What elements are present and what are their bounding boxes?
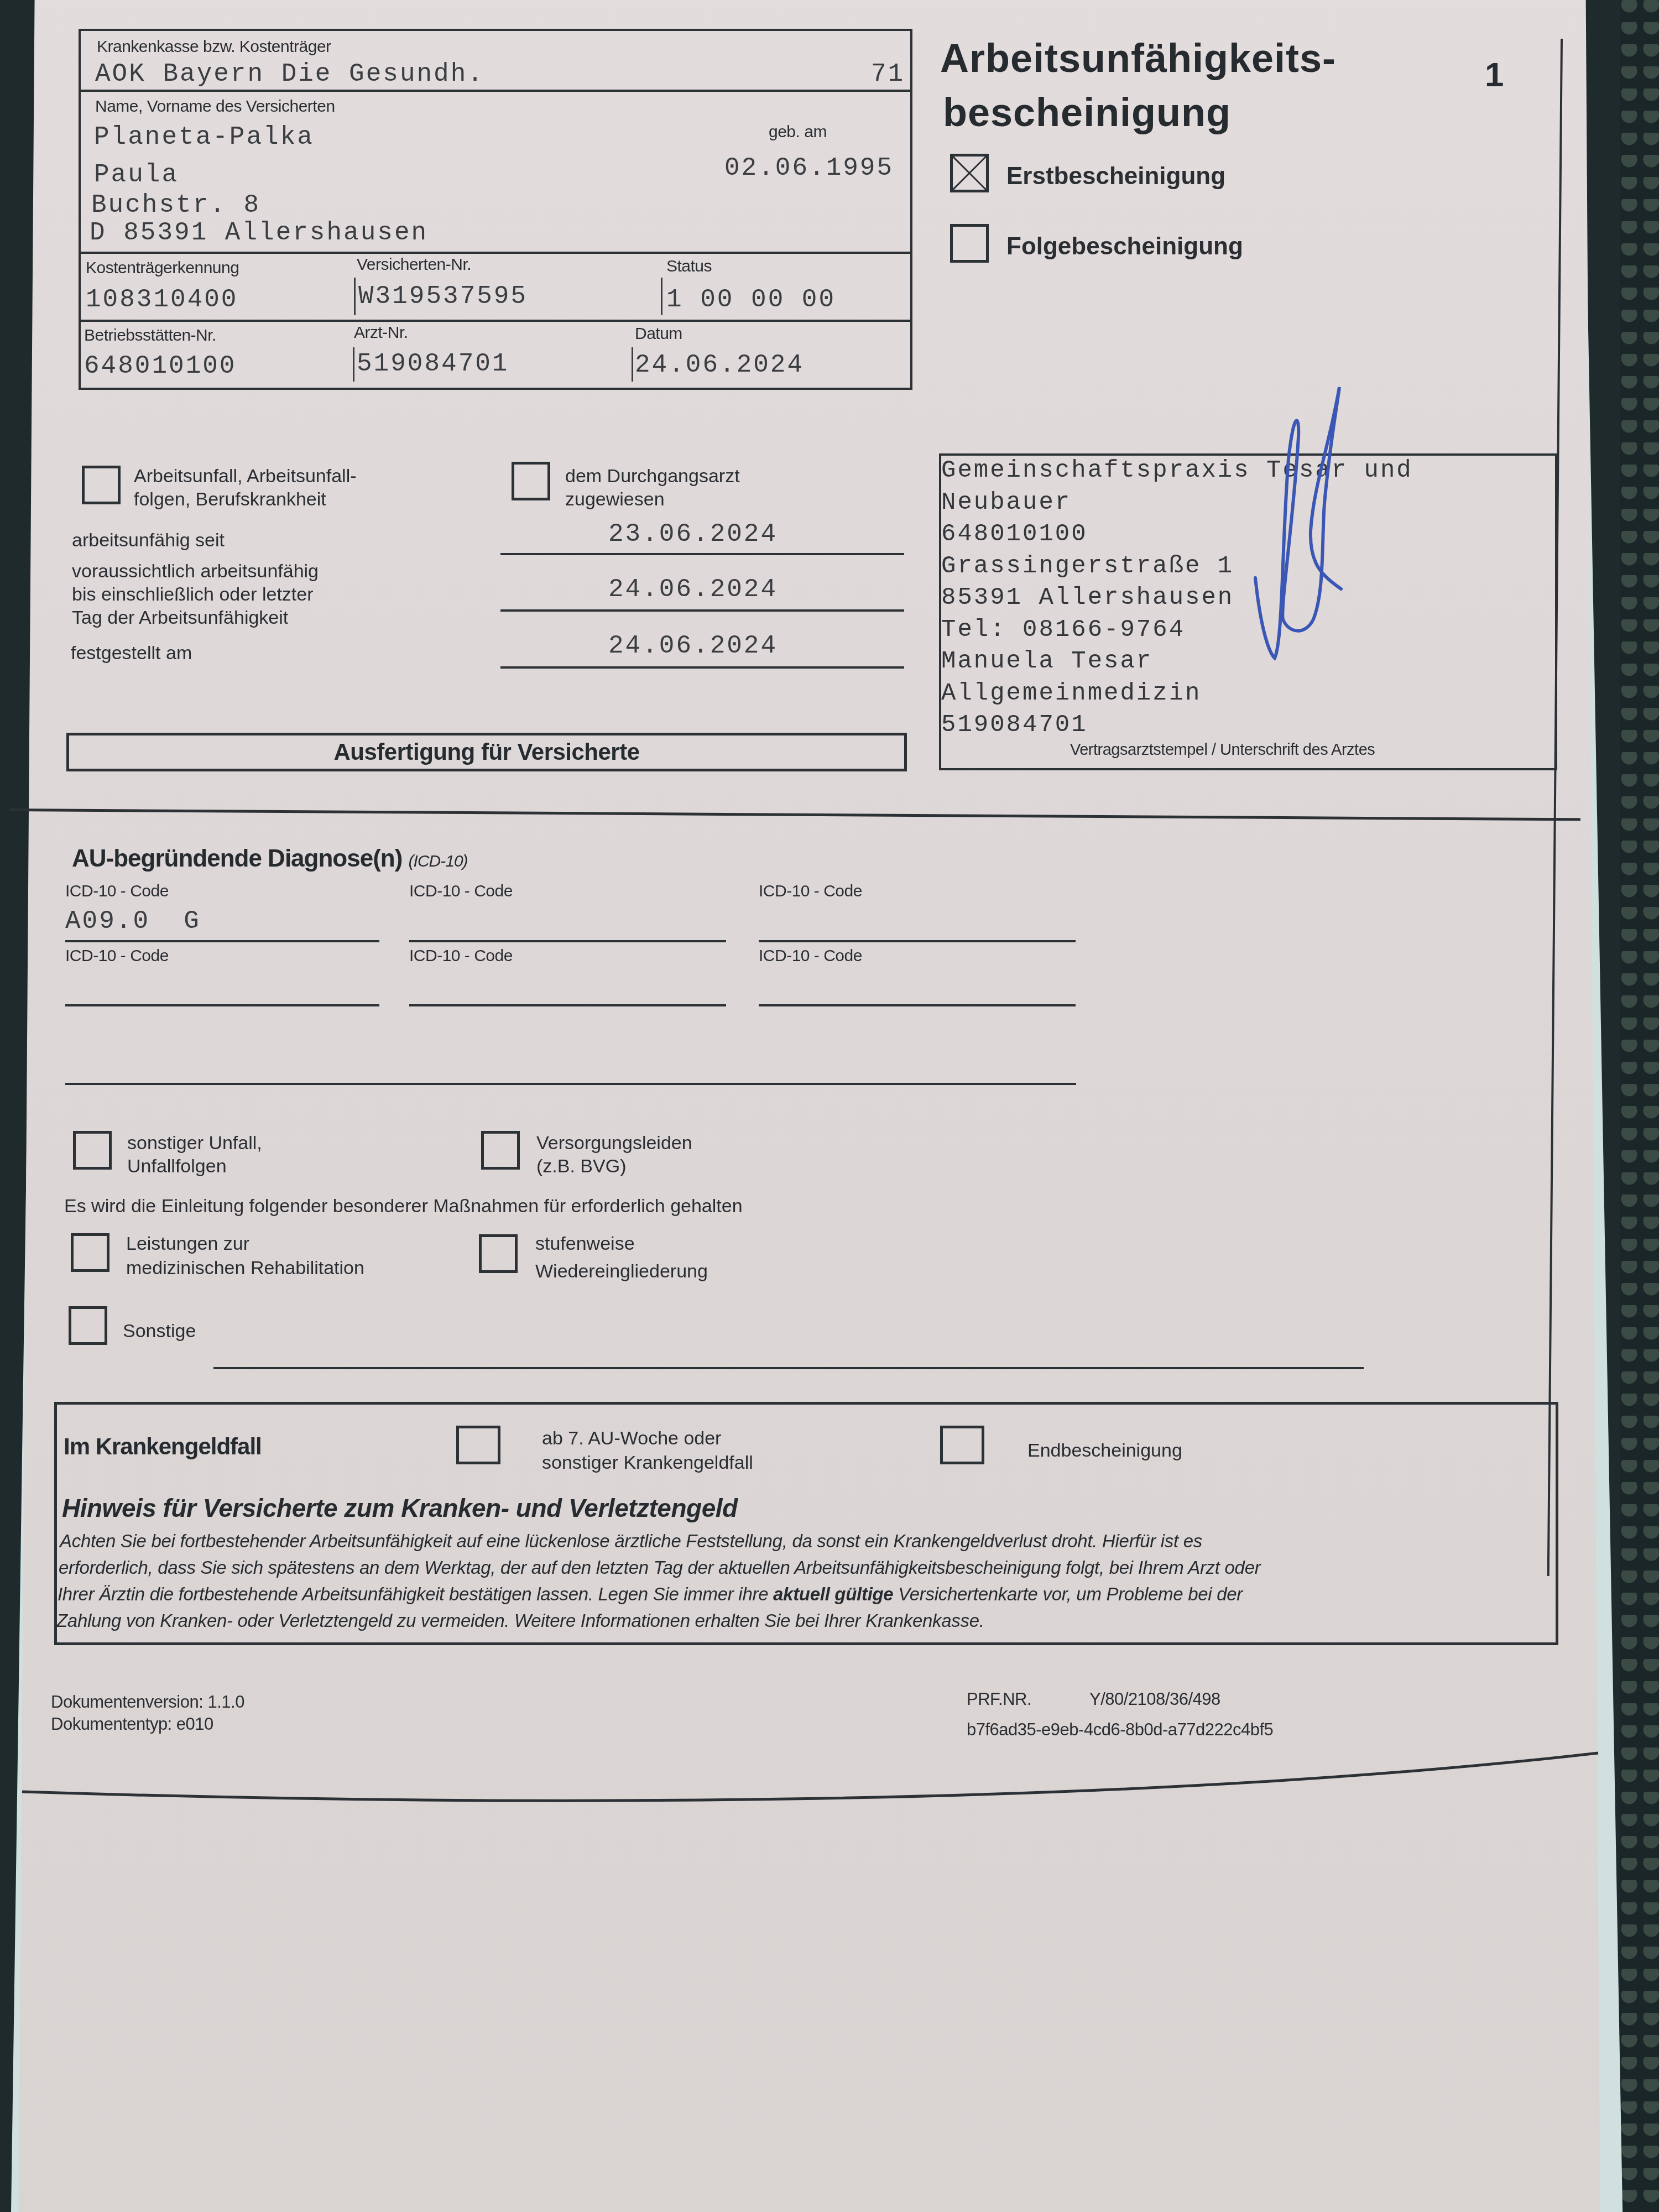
patient-last-name: Planeta-Palka [94, 123, 314, 152]
measures-label: Es wird die Einleitung folgender besonde… [64, 1194, 743, 1218]
hint-line-3: Ihrer Ärztin die fortbestehende Arbeitsu… [58, 1582, 1243, 1607]
dob-label: geb. am [769, 123, 827, 142]
since-label: arbeitsunfähig seit [72, 529, 225, 552]
icd-code-label: ICD-10 - Code [409, 947, 513, 966]
folgebescheinigung-checkbox[interactable] [950, 224, 989, 263]
payer-id-label: Kostenträgerkennung [86, 259, 239, 278]
stamp-line: 85391 Allershausen [941, 584, 1234, 612]
patient-first-name: Paula [94, 160, 179, 189]
facility-no: 648010100 [84, 352, 236, 380]
copy-label-box: Ausfertigung für Versicherte [66, 733, 907, 771]
determined-label: festgestellt am [71, 641, 192, 665]
insured-no: W319537595 [358, 282, 528, 311]
icd-code-underline [409, 1004, 726, 1006]
determined-underline [500, 666, 904, 669]
final-certificate-checkbox[interactable] [940, 1426, 984, 1464]
divider [81, 90, 910, 92]
diagnosis-heading-suffix: (ICD-10) [409, 852, 468, 870]
icd-code-underline [65, 940, 379, 942]
stamp-line: 519084701 [941, 711, 1088, 739]
sick-pay-label: Im Krankengeldfall [64, 1433, 262, 1460]
week7-label-2: sonstiger Krankengeldfall [542, 1451, 753, 1474]
facility-no-label: Betriebsstätten-Nr. [84, 326, 216, 345]
insurer-name: AOK Bayern Die Gesundh. [95, 60, 484, 88]
copy-label: Ausfertigung für Versicherte [333, 739, 639, 765]
stamp-line: Manuela Tesar [941, 648, 1152, 675]
determined-date: 24.06.2024 [608, 632, 778, 660]
form-title-line2: bescheinigung [943, 88, 1231, 137]
prf-label: PRF.NR. [967, 1689, 1031, 1709]
issue-date: 24.06.2024 [635, 351, 804, 379]
hint-line-3a: Ihrer Ärztin die fortbestehende Arbeitsu… [58, 1584, 773, 1604]
durchgangsarzt-checkbox[interactable] [512, 462, 550, 500]
erstbescheinigung-label: Erstbescheinigung [1006, 165, 1225, 188]
payer-id: 108310400 [86, 285, 238, 314]
hint-title: Hinweis für Versicherte zum Kranken- und… [62, 1493, 738, 1523]
rehab-label-2: medizinischen Rehabilitation [126, 1256, 364, 1280]
until-label-1: voraussichtlich arbeitsunfähig [72, 560, 319, 583]
bottom-border-curve [17, 1736, 1609, 1803]
prf-value: Y/80/2108/36/498 [1089, 1689, 1220, 1709]
stamp-line: Tel: 08166-9764 [941, 616, 1185, 644]
misc-checkbox[interactable] [69, 1306, 107, 1345]
icd-code-underline [759, 940, 1076, 942]
icd-code-underline [409, 940, 726, 942]
gradual-reintegration-label-2: Wiedereingliederung [535, 1260, 708, 1283]
until-label-2: bis einschließlich oder letzter [72, 583, 314, 606]
date-label: Datum [635, 325, 682, 343]
durchgangsarzt-label-1: dem Durchgangsarzt [565, 465, 740, 488]
divider [81, 252, 910, 254]
diagnosis-heading-text: AU-begründende Diagnose(n) [72, 845, 402, 872]
diagnosis-heading: AU-begründende Diagnose(n) (ICD-10) [72, 845, 468, 873]
icd-code-label: ICD-10 - Code [65, 882, 169, 901]
form-title-line1: Arbeitsunfähigkeits- [940, 34, 1336, 83]
rehab-checkbox[interactable] [71, 1233, 109, 1272]
doc-version: Dokumentenversion: 1.1.0 [51, 1692, 244, 1712]
icd-code-underline [65, 1004, 379, 1006]
supply-suffering-label-1: Versorgungsleiden [536, 1131, 692, 1155]
until-date: 24.06.2024 [608, 575, 778, 604]
week7-label-1: ab 7. AU-Woche oder [542, 1427, 721, 1450]
until-label-3: Tag der Arbeitsunfähigkeit [72, 606, 288, 629]
doc-type: Dokumententyp: e010 [51, 1714, 213, 1734]
work-accident-checkbox[interactable] [82, 466, 121, 504]
hint-line-4: Zahlung von Kranken- oder Verletztengeld… [56, 1608, 984, 1634]
rehab-label-1: Leistungen zur [126, 1232, 249, 1255]
insurer-label: Krankenkasse bzw. Kostenträger [97, 38, 331, 56]
stamp-line: Allgemeinmedizin [941, 680, 1201, 707]
background-surface [1620, 0, 1659, 2212]
stamp-line: Grassingerstraße 1 [941, 552, 1234, 580]
other-accident-label-1: sonstiger Unfall, [127, 1131, 262, 1155]
icd-code-label: ICD-10 - Code [409, 882, 513, 901]
week7-checkbox[interactable] [456, 1426, 500, 1464]
misc-label: Sonstige [123, 1319, 196, 1343]
until-underline [500, 609, 904, 612]
icd-code-label: ICD-10 - Code [65, 947, 169, 966]
diagnosis-extra-line[interactable] [65, 1083, 1076, 1085]
doctor-no-label: Arzt-Nr. [354, 324, 408, 342]
patient-street: Buchstr. 8 [91, 191, 260, 220]
other-accident-label-2: Unfallfolgen [127, 1155, 227, 1178]
gradual-reintegration-checkbox[interactable] [479, 1234, 518, 1273]
stamp-line: 648010100 [941, 520, 1088, 548]
name-label: Name, Vorname des Versicherten [95, 97, 335, 116]
doctor-no: 519084701 [357, 349, 509, 378]
status-label: Status [666, 257, 712, 276]
since-underline [500, 553, 904, 555]
patient-dob: 02.06.1995 [724, 154, 894, 182]
copy-number: 1 [1485, 51, 1504, 100]
stamp-line: Neubauer [941, 489, 1071, 517]
erstbescheinigung-checkbox[interactable] [950, 154, 989, 192]
other-accident-checkbox[interactable] [73, 1131, 112, 1170]
insurer-code: 71 [871, 60, 905, 88]
divider [354, 278, 356, 315]
work-accident-label-2: folgen, Berufskrankheit [134, 488, 326, 511]
misc-input-line[interactable] [213, 1367, 1364, 1369]
divider [632, 347, 633, 382]
icd-code-field[interactable]: A09.0 G [65, 907, 201, 936]
hint-line-3c: Versichertenkarte vor, um Probleme bei d… [893, 1584, 1243, 1604]
hint-line-2: erforderlich, dass Sie sich spätestens a… [59, 1555, 1260, 1580]
divider [661, 278, 662, 315]
doctor-signature [1217, 376, 1383, 763]
hint-line-3-emphasis: aktuell gültige [773, 1584, 893, 1604]
hint-line-1: Achten Sie bei fortbestehender Arbeitsun… [60, 1528, 1202, 1554]
patient-city: D 85391 Allershausen [90, 218, 428, 247]
folgebescheinigung-label: Folgebescheinigung [1006, 235, 1243, 258]
since-date: 23.06.2024 [608, 520, 778, 549]
divider [353, 347, 354, 382]
divider [81, 320, 910, 322]
icd-code-label: ICD-10 - Code [759, 882, 862, 901]
supply-suffering-label-2: (z.B. BVG) [536, 1155, 626, 1178]
gradual-reintegration-label-1: stufenweise [535, 1232, 635, 1255]
final-certificate-label: Endbescheinigung [1027, 1439, 1182, 1462]
work-accident-label-1: Arbeitsunfall, Arbeitsunfall- [134, 465, 357, 488]
icd-code-underline [759, 1004, 1076, 1006]
icd-code-label: ICD-10 - Code [759, 947, 862, 966]
supply-suffering-checkbox[interactable] [481, 1131, 520, 1170]
insured-no-label: Versicherten-Nr. [357, 255, 471, 274]
status-value: 1 00 00 00 [666, 285, 836, 314]
durchgangsarzt-label-2: zugewiesen [565, 488, 665, 511]
